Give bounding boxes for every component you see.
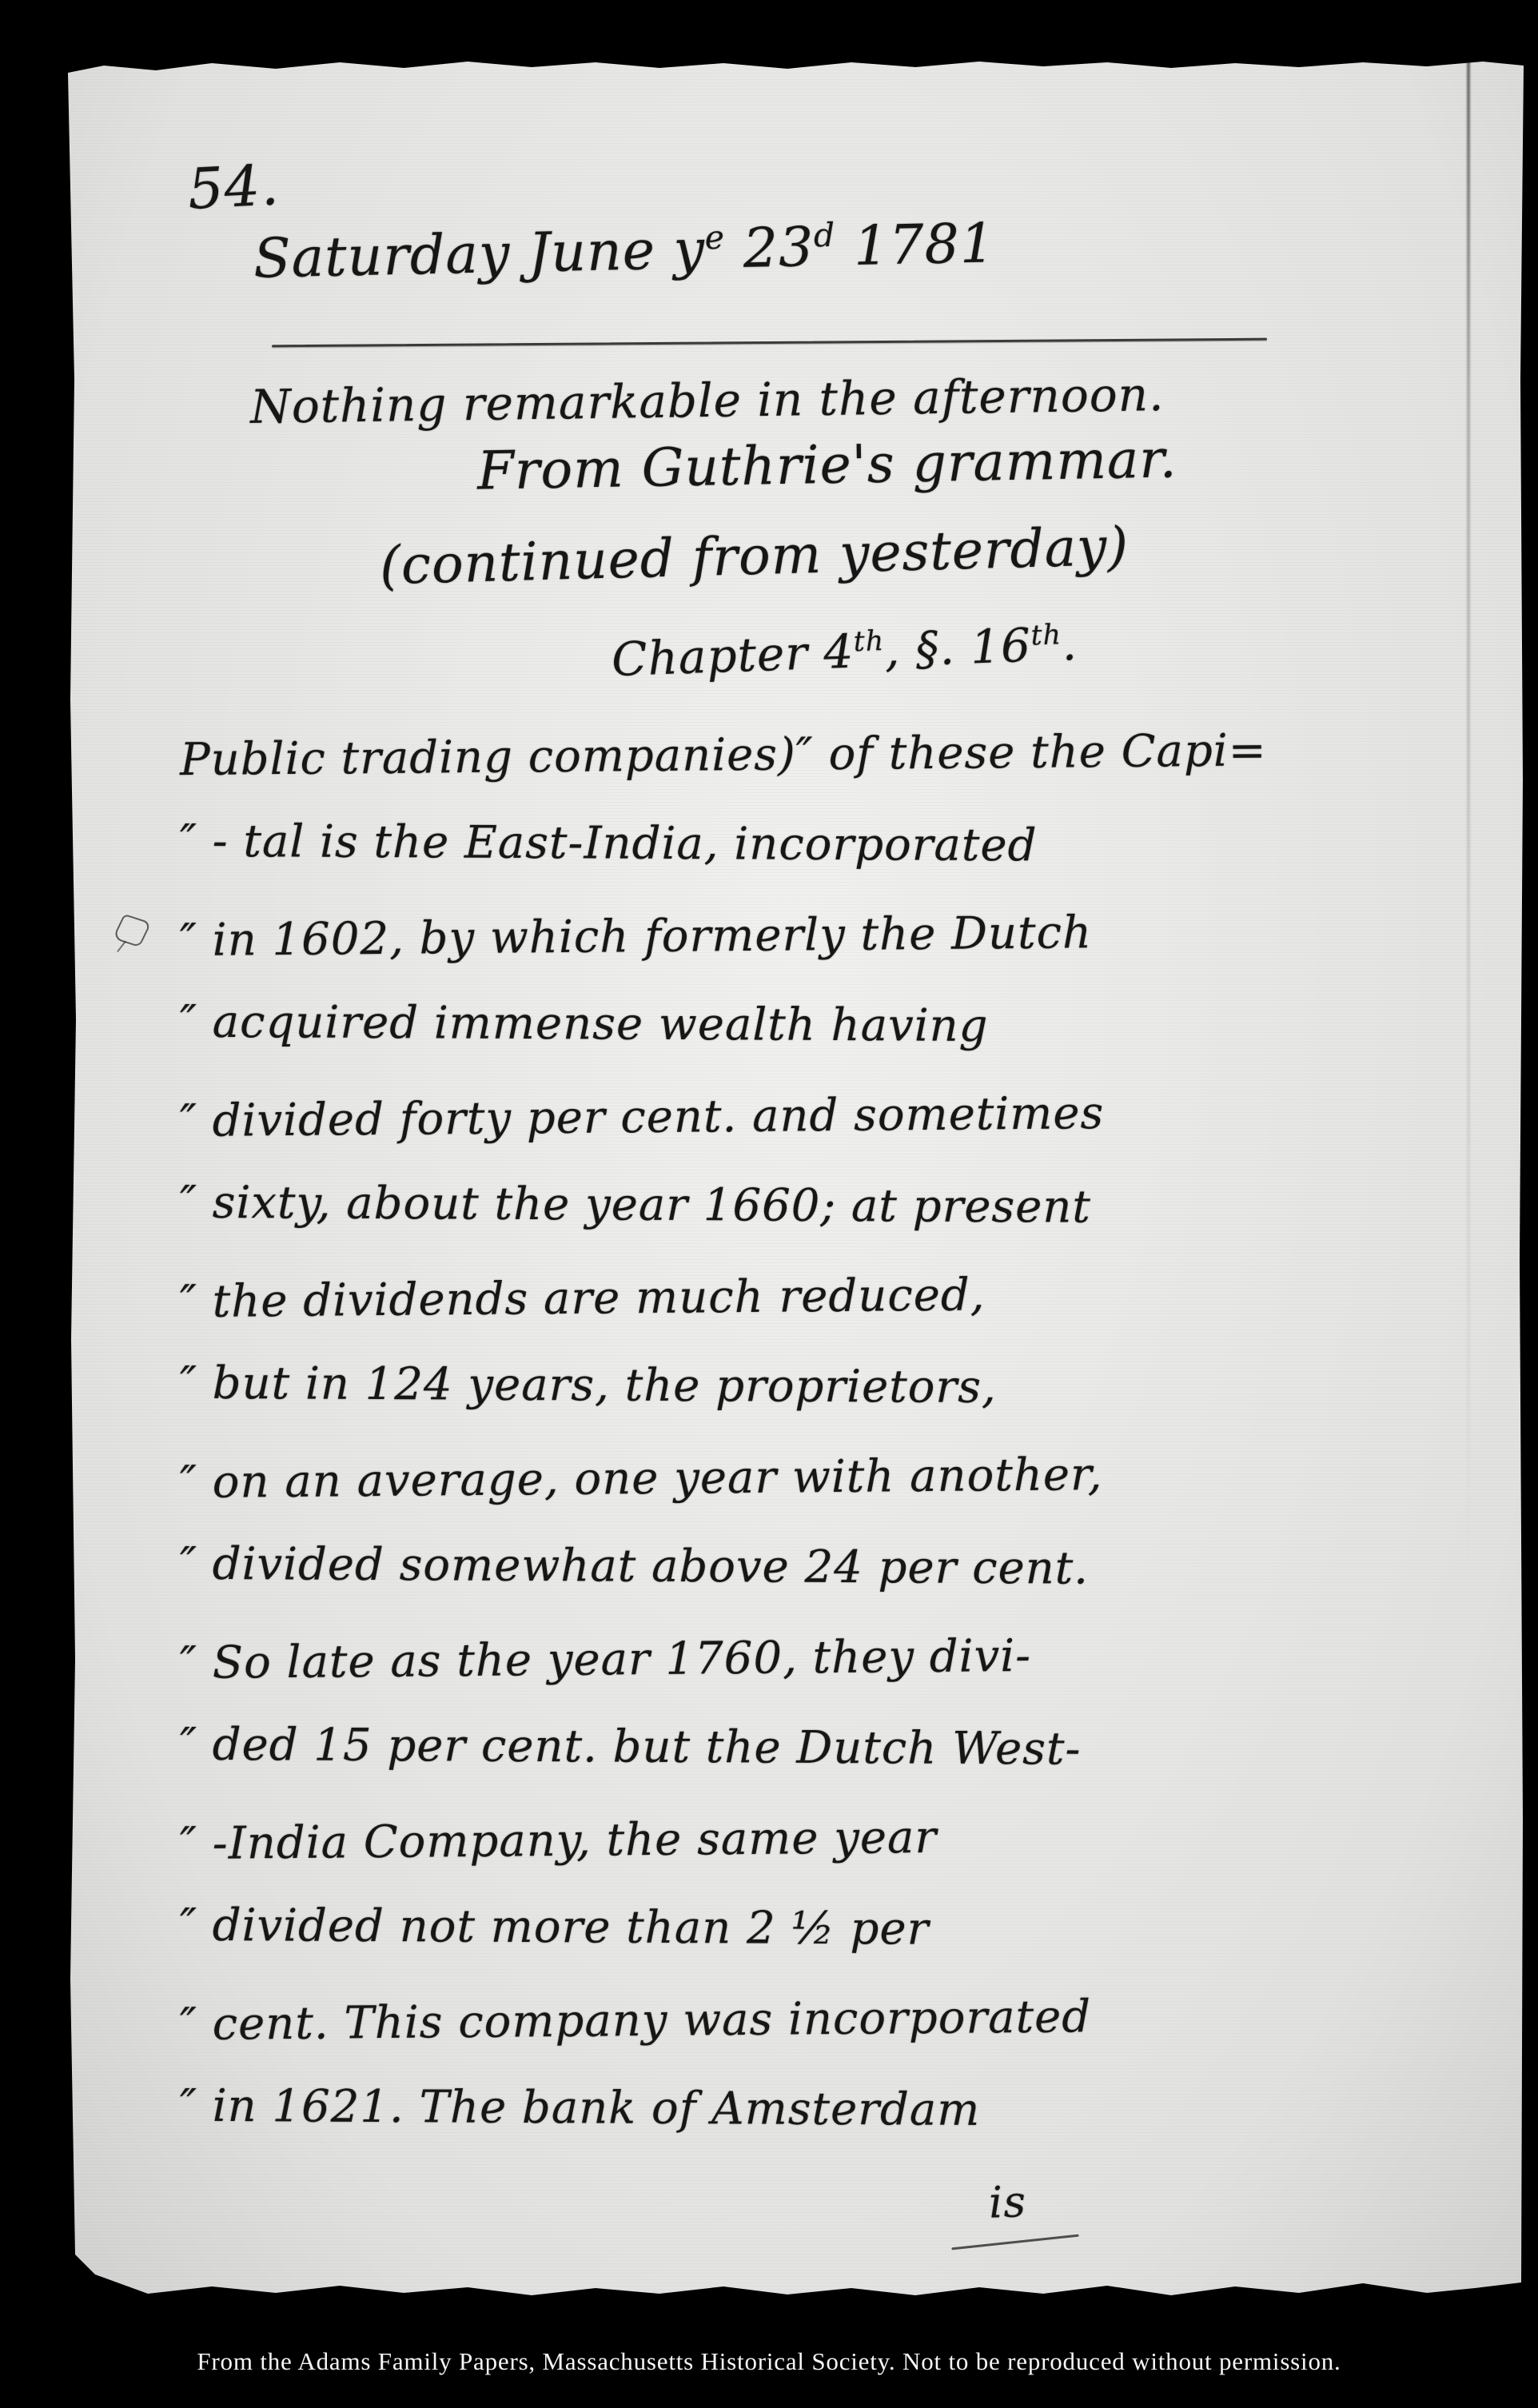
page-number: 54. — [186, 152, 281, 222]
catchword: is — [988, 2176, 1027, 2228]
heading-day: Saturday June y — [253, 218, 706, 291]
manuscript-paper: 54. Saturday June ye 23d 1781 Nothing re… — [68, 60, 1524, 2311]
manuscript-line: ″ -India Company, the same year — [180, 1788, 1492, 1889]
manuscript-line: ″ cent. This company was incorporated — [180, 1968, 1492, 2070]
catchword-underline — [951, 2235, 1078, 2251]
heading-underline — [272, 338, 1267, 348]
chapter-superscript-th1: th — [853, 625, 885, 658]
continued-note-line: (continued from yesterday) — [379, 516, 1130, 597]
manuscript-line: ″ on an average, one year with another, — [180, 1426, 1492, 1528]
manuscript-line: ″ sixty, about the year 1660; at present — [180, 1158, 1492, 1255]
heading-year: 1781 — [835, 212, 996, 278]
manuscript-line: ″ in 1621. The bank of Amsterdam — [180, 2061, 1492, 2159]
manuscript-line: ″ ded 15 per cent. but the Dutch West- — [180, 1700, 1492, 1797]
margin-doodle-icon — [112, 914, 151, 947]
heading-daynum: 23 — [724, 216, 815, 281]
manuscript-line: ″ So late as the year 1760, they divi- — [180, 1607, 1492, 1708]
heading-superscript-e: e — [704, 218, 725, 257]
manuscript-line: ″ the dividends are much reduced, — [180, 1246, 1492, 1347]
manuscript-line: ″ in 1602, by which formerly the Dutch — [180, 884, 1492, 986]
chapter-heading: Chapter 4th, §. 16th. — [611, 616, 1078, 687]
manuscript-line: ″ but in 124 years, the proprietors, — [180, 1338, 1492, 1436]
chapter-superscript-th2: th — [1030, 619, 1062, 652]
manuscript-line: Public trading companies)″ of these the … — [180, 704, 1492, 805]
diary-remark-line: Nothing remarkable in the afternoon. — [250, 367, 1165, 434]
chapter-section: , §. 16 — [883, 618, 1032, 677]
manuscript-body: Public trading companies)″ of these the … — [180, 709, 1491, 2155]
heading-superscript-d: d — [813, 216, 835, 255]
archive-credit-caption: From the Adams Family Papers, Massachuse… — [0, 2347, 1538, 2376]
chapter-text: Chapter 4 — [611, 624, 855, 688]
entry-date-heading: Saturday June ye 23d 1781 — [253, 212, 996, 290]
manuscript-line: ″ divided forty per cent. and sometimes — [180, 1065, 1492, 1166]
manuscript-line: ″ divided somewhat above 24 per cent. — [180, 1519, 1492, 1617]
manuscript-line: ″ acquired immense wealth having — [180, 977, 1492, 1074]
manuscript-line: ″ - tal is the East-India, incorporated — [180, 796, 1492, 894]
scanned-manuscript-page: { "colors": { "bg": "#000000", "paper": … — [0, 0, 1538, 2408]
source-title-line: From Guthrie's grammar. — [476, 428, 1177, 501]
manuscript-line: ″ divided not more than 2 ½ per — [180, 1880, 1492, 1978]
chapter-period: . — [1061, 616, 1078, 672]
